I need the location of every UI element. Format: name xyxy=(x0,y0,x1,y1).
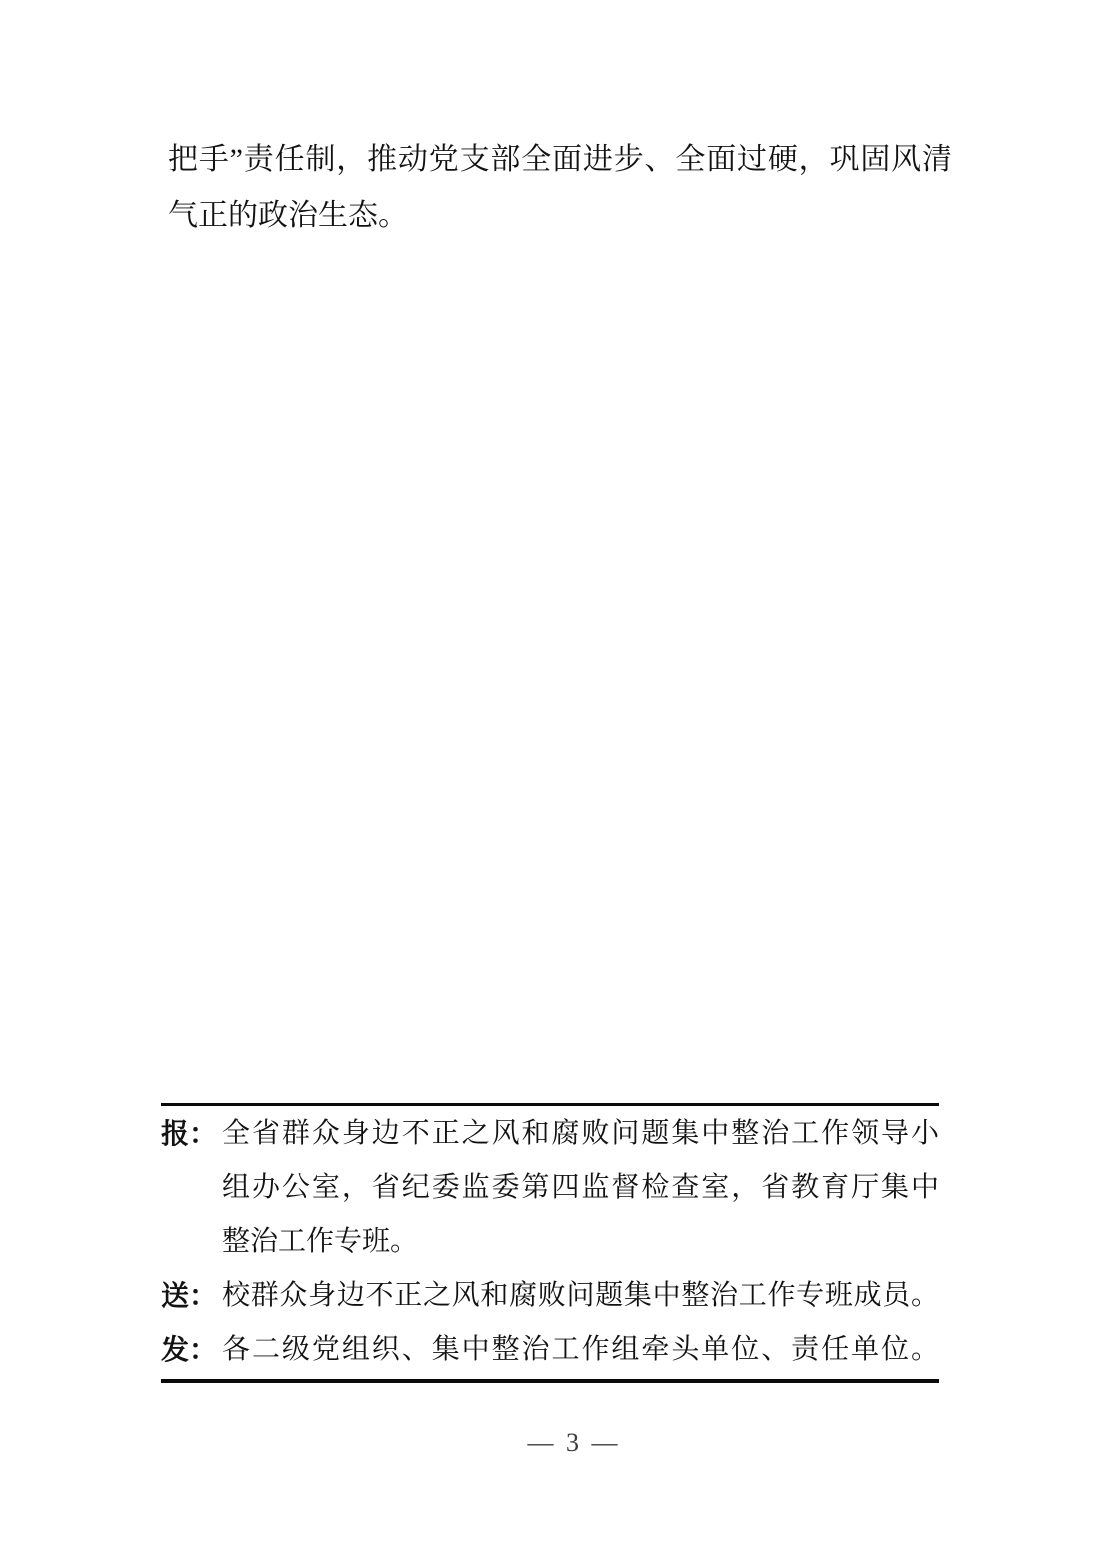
document-page: 把手”责任制，推动党支部全面进步、全面过硬，巩固风清 气正的政治生态。 报： 全… xyxy=(0,0,1102,1559)
issue-to-entry: 发： 各二级党组织、集中整治工作组牵头单位、责任单位。 xyxy=(161,1323,939,1377)
report-to-content: 全省群众身边不正之风和腐败问题集中整治工作领导小 组办公室，省纪委监委第四监督检… xyxy=(222,1107,939,1269)
report-to-entry: 报： 全省群众身边不正之风和腐败问题集中整治工作领导小 组办公室，省纪委监委第四… xyxy=(161,1107,939,1269)
send-to-entry: 送： 校群众身边不正之风和腐败问题集中整治工作专班成员。 xyxy=(161,1269,939,1323)
body-line: 把手”责任制，推动党支部全面进步、全面过硬，巩固风清 xyxy=(168,132,952,188)
issue-to-line: 各二级党组织、集中整治工作组牵头单位、责任单位。 xyxy=(222,1323,939,1377)
issue-to-content: 各二级党组织、集中整治工作组牵头单位、责任单位。 xyxy=(222,1323,939,1377)
send-to-label: 送： xyxy=(161,1269,222,1323)
issue-to-label: 发： xyxy=(161,1323,222,1377)
send-to-content: 校群众身边不正之风和腐败问题集中整治工作专班成员。 xyxy=(222,1269,939,1323)
body-paragraph: 把手”责任制，推动党支部全面进步、全面过硬，巩固风清 气正的政治生态。 xyxy=(168,132,952,244)
distribution-block: 报： 全省群众身边不正之风和腐败问题集中整治工作领导小 组办公室，省纪委监委第四… xyxy=(161,1103,939,1383)
send-to-line: 校群众身边不正之风和腐败问题集中整治工作专班成员。 xyxy=(222,1269,939,1323)
page-number: — 3 — xyxy=(0,1428,1102,1458)
report-to-label: 报： xyxy=(161,1107,222,1161)
body-line: 气正的政治生态。 xyxy=(168,188,952,244)
report-to-line: 组办公室，省纪委监委第四监督检查室，省教育厅集中 xyxy=(222,1161,939,1215)
report-to-line: 整治工作专班。 xyxy=(222,1215,939,1269)
report-to-line: 全省群众身边不正之风和腐败问题集中整治工作领导小 xyxy=(222,1107,939,1161)
